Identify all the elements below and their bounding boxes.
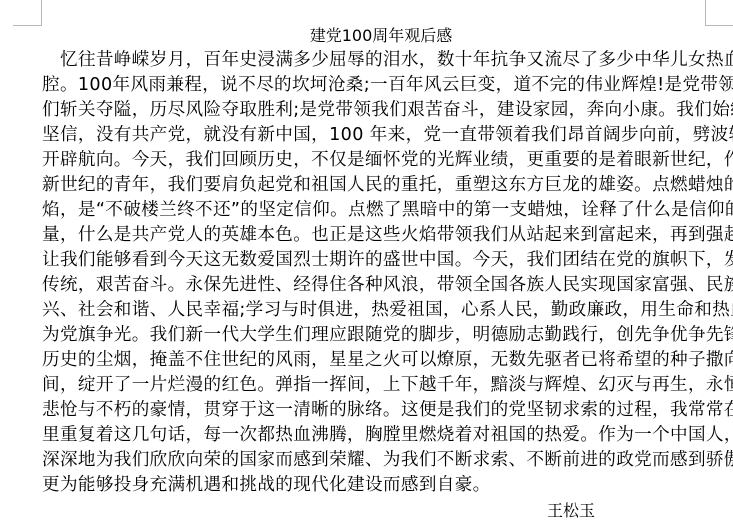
body-line: 量，什么是共产党人的英雄本色。也正是这些火焰带领我们从站起来到富起来，再到强起来… (42, 223, 706, 248)
body-line: 里重复着这几句话，每一次都热血沸腾，胸膛里燃烧着对祖国的热爱。作为一个中国人，我 (42, 423, 706, 448)
body-line: 让我们能够看到今天这无数爱国烈士期许的盛世中国。今天，我们团结在党的旗帜下，发扬 (42, 248, 706, 273)
document-page: 建党100周年观后感 忆往昔峥嵘岁月，百年史浸满多少屈辱的泪水，数十年抗争又流尽… (42, 24, 706, 523)
body-line: 历史的尘烟，掩盖不住世纪的风雨，星星之火可以燎原，无数先驱者已将希望的种子撒向人 (42, 348, 706, 373)
author-signature: 王松玉 (42, 499, 706, 523)
body-line: 们斩关夺隘，历尽风险夺取胜利;是党带领我们艰苦奋斗，建设家园，奔向小康。我们始终 (42, 98, 706, 123)
page-corner-mark-top-left (13, 0, 42, 26)
body-line: 坚信，没有共产党，就没有新中国，100 年来，党一直带领着我们昂首阔步向前，劈波… (42, 123, 706, 148)
body-line: 腔。100年风雨兼程，说不尽的坎坷沧桑;一百年风云巨变，道不完的伟业辉煌!是党带… (42, 73, 706, 98)
document-title: 建党100周年观后感 (42, 24, 706, 48)
body-line: 忆往昔峥嵘岁月，百年史浸满多少屈辱的泪水，数十年抗争又流尽了多少中华儿女热血满 (42, 48, 706, 73)
body-line: 悲怆与不朽的豪情，贯穿于这一清晰的脉络。这便是我们的党坚韧求索的过程，我常常在心 (42, 398, 706, 423)
body-line: 传统，艰苦奋斗。永保先进性、经得住各种风浪，带领全国各族人民实现国家富强、民族振 (42, 273, 706, 298)
page-corner-mark-top-right (705, 0, 733, 26)
body-line: 焰，是“不破楼兰终不还”的坚定信仰。点燃了黑暗中的第一支蜡烛，诠释了什么是信仰的… (42, 198, 706, 223)
body-line: 为党旗争光。我们新一代大学生们理应跟随党的脚步，明德励志勤践行，创先争优争先锋。 (42, 323, 706, 348)
body-line: 更为能够投身充满机遇和挑战的现代化建设而感到自豪。 (42, 473, 706, 498)
body-line: 兴、社会和谐、人民幸福;学习与时俱进，热爱祖国，心系人民，勤政廉政，用生命和热血… (42, 298, 706, 323)
body-line: 开辟航向。今天，我们回顾历史，不仅是缅怀党的光辉业绩，更重要的是着眼新世纪，作为 (42, 148, 706, 173)
body-line: 深深地为我们欣欣向荣的国家而感到荣耀、为我们不断求索、不断前进的政党而感到骄傲， (42, 448, 706, 473)
body-line: 间，绽开了一片烂漫的红色。弹指一挥间，上下越千年，黯淡与辉煌、幻灭与再生，永恒的 (42, 373, 706, 398)
document-body: 忆往昔峥嵘岁月，百年史浸满多少屈辱的泪水，数十年抗争又流尽了多少中华儿女热血满 … (42, 48, 706, 498)
body-line: 新世纪的青年，我们要肩负起党和祖国人民的重托，重塑这东方巨龙的雄姿。点燃蜡烛的火 (42, 173, 706, 198)
